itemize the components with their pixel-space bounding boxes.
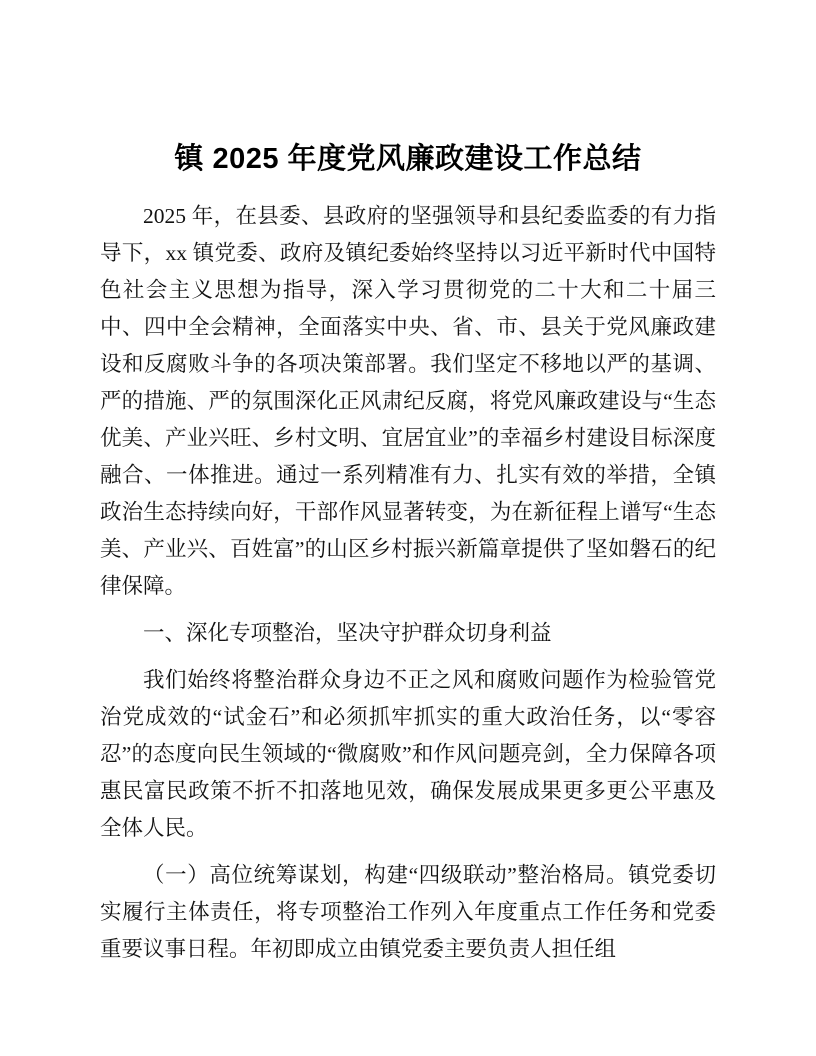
paragraph-special-rectification: 我们始终将整治群众身边不正之风和腐败问题作为检验管党治党成效的“试金石”和必须抓… bbox=[100, 662, 716, 847]
paragraph-intro: 2025 年，在县委、县政府的坚强领导和县纪委监委的有力指导下，xx 镇党委、政… bbox=[100, 198, 716, 605]
document-title: 镇 2025 年度党风廉政建设工作总结 bbox=[100, 140, 716, 178]
section-heading-1: 一、深化专项整治，坚决守护群众切身利益 bbox=[100, 615, 716, 652]
paragraph-item-one: （一）高位统筹谋划，构建“四级联动”整治格局。镇党委切实履行主体责任，将专项整治… bbox=[100, 857, 716, 968]
document-page: 镇 2025 年度党风廉政建设工作总结 2025 年，在县委、县政府的坚强领导和… bbox=[0, 0, 816, 1056]
